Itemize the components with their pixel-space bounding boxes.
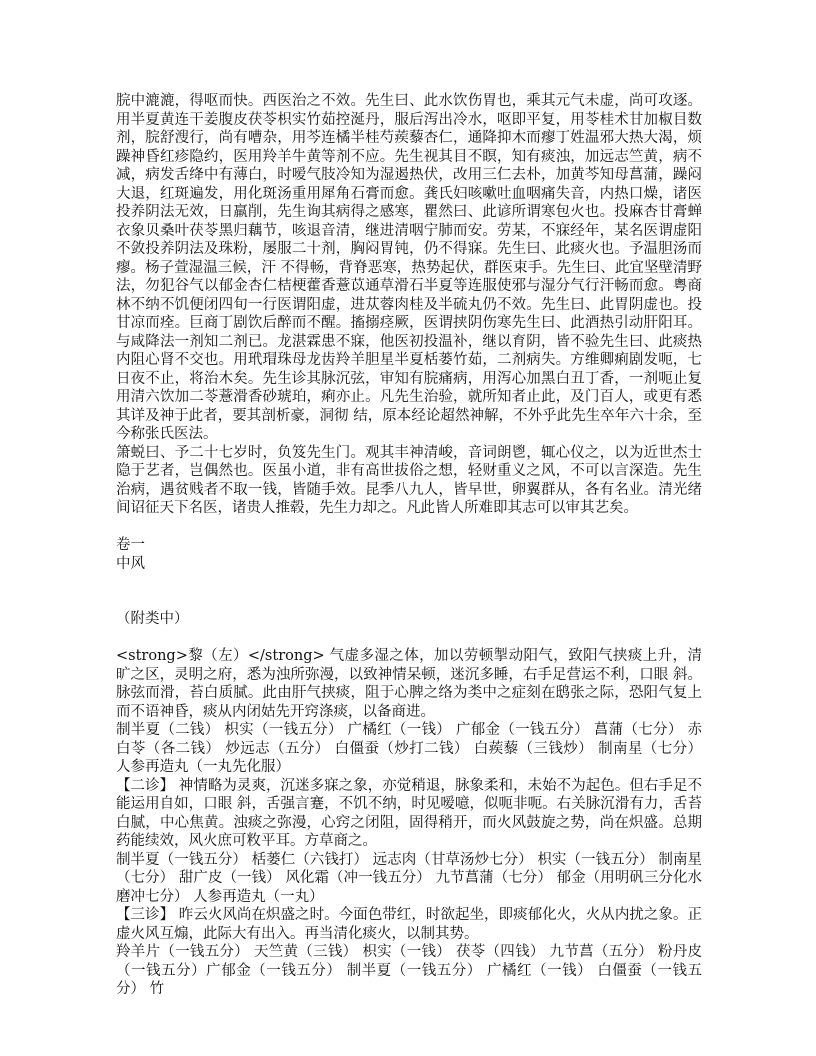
second-consultation: 【二诊】 神情略为灵爽，沉迷多寐之象，亦觉稍退，脉象柔和，未始不为起色。但右手足… xyxy=(116,777,702,851)
prescription-first: 制半夏（二钱） 枳实（一钱五分） 广橘红（一钱） 广郁金（一钱五分） 菖蒲（七分… xyxy=(116,721,702,777)
intro-paragraph-author-note: 箫蜕曰、予二十七岁时，负笈先生门。观其丰神清峻，音词朗鬯，辄心仪之，以为近世杰士… xyxy=(116,444,702,518)
third-consultation: 【三诊】 昨云火风尚在炽盛之时。今面色带红，时欲起坐，即痰郁化火，火从内扰之象。… xyxy=(116,906,702,943)
intro-paragraph-case-histories: 脘中漉漉，得呕而快。西医治之不效。先生曰、此水饮伤胃也，乘其元气未虚，尚可攻逐。… xyxy=(116,92,702,444)
prescription-third: 羚羊片（一钱五分） 天竺黄（三钱） 枳实（一钱） 茯苓（四钱） 九节菖（五分） … xyxy=(116,943,702,999)
volume-label: 卷一 xyxy=(116,536,702,555)
spacer xyxy=(116,518,702,537)
case-description: <strong>黎（左）</strong> 气虚多湿之体，加以劳顿掣动阳气，致阳… xyxy=(116,647,702,721)
prescription-second: 制半夏（一钱五分） 栝蒌仁（六钱打） 远志肉（甘草汤炒七分） 枳实（一钱五分） … xyxy=(116,851,702,907)
chapter-title: 中风 xyxy=(116,555,702,574)
chapter-note: （附类中） xyxy=(116,610,702,629)
spacer xyxy=(116,592,702,611)
spacer xyxy=(116,573,702,592)
spacer xyxy=(116,629,702,648)
document-page: 脘中漉漉，得呕而快。西医治之不效。先生曰、此水饮伤胃也，乘其元气未虚，尚可攻逐。… xyxy=(116,92,702,999)
